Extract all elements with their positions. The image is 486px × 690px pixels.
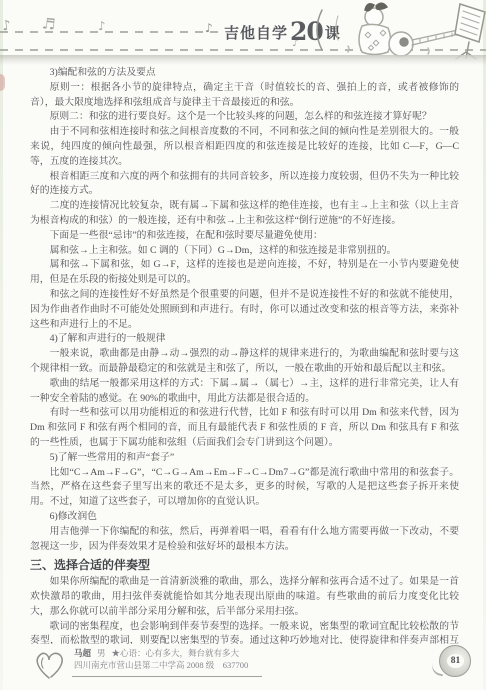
dashed-line (0, 31, 222, 33)
paragraph: 有时一些和弦可以用功能相近的和弦进行代替，比如 F 和弦有时可以用 Dm 和弦来… (30, 406, 459, 450)
paragraph: 3)编配和弦的方法及要点 (30, 66, 459, 81)
guitar-illustration (308, 0, 486, 60)
footer-text: 马超男★心语：心有多大，舞台就有多大 四川南充市营山县第二中学高 2008 级 … (72, 646, 262, 677)
owner-school: 四川南充市营山县第二中学高 2008 级 637700 (74, 660, 248, 672)
paragraph: 一般来说，歌曲都是由静→动→强烈的动→静这样的规律来进行的，为歌曲编配和弦时要与… (30, 347, 459, 377)
paragraph: 歌曲的结尾一般都采用这样的方式：下属→属→（属七）→主，这样的进行非常完美，让人… (30, 377, 459, 407)
owner-gender: 男 (97, 648, 106, 658)
music-note-icon: ♬ (41, 14, 56, 33)
music-note-icon: ♪ (98, 19, 107, 34)
header-shadow-band (0, 55, 486, 65)
scan-edge-left (0, 0, 3, 690)
scan-smudge (0, 74, 5, 91)
paragraph: 用吉他弹一下你编配的和弦，然后，再弹着唱一唱，看看有什么地方需要再做一下改动，不… (30, 525, 459, 555)
paragraph: 属和弦→下属和弦，如 G→F，这样的连接也是逆向连接，不好，特别是在一小节内要避… (30, 258, 459, 288)
owner-line: 马超男★心语：心有多大，舞台就有多大 (74, 648, 248, 660)
music-note-icon: ♪ (205, 21, 213, 35)
paragraph: 歌词的密集程度，也会影响到伴奏节奏型的选择。一般来说，密集型的歌词宜配比较松散的… (30, 620, 459, 644)
paragraph: 比如“C→Am→F→G”，“C→G→Am→Em→F→C→Dm7→G”都是流行歌曲… (30, 466, 459, 510)
paragraph: 二度的连接情况比较复杂，既有属→下属和弦这样的绝佳连接，也有主→上主和弦（以上主… (30, 199, 459, 229)
paragraph: 6)修改润色 (30, 510, 459, 525)
paragraph: 如果你所编配的歌曲是一首清新淡雅的歌曲，那么，选择分解和弦再合适不过了。如果是一… (30, 575, 459, 619)
paragraph: 原则一：根据各小节的旋律特点，确定主干音（时值较长的音、强拍上的音，或者被修饰的… (30, 81, 459, 111)
badge-tail (430, 664, 445, 677)
paragraph: 5)了解一些常用的和声“套子” (30, 451, 459, 466)
paragraph: 由于不同和弦相连接时和弦之间根音度数的不同，不同和弦之间的倾向性是差别很大的。一… (30, 125, 459, 169)
section-heading: 三、选择合适的伴奏型 (30, 557, 459, 573)
book-page: ♪ ♬ ♪ ♪ ♪ 吉他自学 20 课 (0, 0, 486, 690)
owner-name: 马超 (74, 648, 91, 658)
body-text: 3)编配和弦的方法及要点原则一：根据各小节的旋律特点，确定主干音（时值较长的音、… (30, 66, 459, 644)
title-prefix: 吉他自学 (224, 22, 288, 43)
paragraph: 原则二：和弦的进行要良好。这个是一个比较头疼的问题，怎么样的和弦连接才算好呢？ (30, 110, 459, 125)
footer-owner-info: 马超男★心语：心有多大，舞台就有多大 四川南充市营山县第二中学高 2008 级 … (32, 646, 262, 680)
owner-motto: ★心语：心有多大，舞台就有多大 (112, 648, 240, 658)
page-number: 81 (447, 654, 464, 668)
page-number-badge: 81 (439, 645, 471, 677)
paragraph: 下面是一些很“忌讳”的和弦连接，在配和弦时要尽量避免使用： (30, 229, 459, 244)
paragraph: 4)了解和声进行的一般规律 (30, 332, 459, 347)
paragraph: 属和弦→上主和弦。如 C 调的（下同）G→Dm，这样的和弦连接是非常别扭的。 (30, 244, 459, 259)
paragraph: 根音相距三度和六度的两个和弦拥有的共同音较多，所以连接力度较弱，但仍不失为一种比… (30, 170, 459, 200)
heart-icon (32, 648, 68, 682)
paragraph: 和弦之间的连接性好不好虽然是个很重要的问题，但并不是说连接性不好的和弦就不能使用… (30, 288, 459, 332)
